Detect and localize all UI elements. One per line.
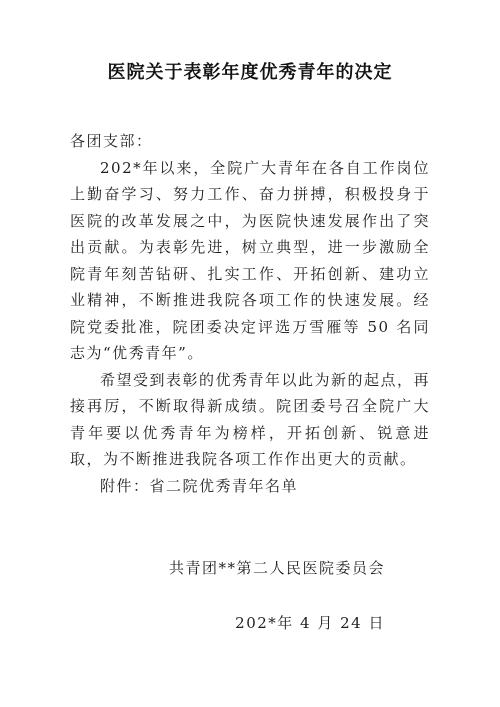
date-line: 202*年 4 月 24 日 xyxy=(70,610,430,637)
salutation-line: 各团支部： xyxy=(70,128,430,155)
body-paragraph-1: 202*年以来，全院广大青年在各自工作岗位上勤奋学习、努力工作、奋力拼搏，积极投… xyxy=(70,155,430,367)
document-page: 医院关于表彰年度优秀青年的决定 各团支部： 202*年以来，全院广大青年在各自工… xyxy=(0,0,500,707)
document-body: 各团支部： 202*年以来，全院广大青年在各自工作岗位上勤奋学习、努力工作、奋力… xyxy=(70,128,430,499)
attachment-line: 附件：省二院优秀青年名单 xyxy=(70,473,430,500)
document-title: 医院关于表彰年度优秀青年的决定 xyxy=(70,60,430,85)
signature-line: 共青团**第二人民医院委员会 xyxy=(70,555,430,582)
body-paragraph-2: 希望受到表彰的优秀青年以此为新的起点，再接再厉，不断取得新成绩。院团委号召全院广… xyxy=(70,367,430,473)
